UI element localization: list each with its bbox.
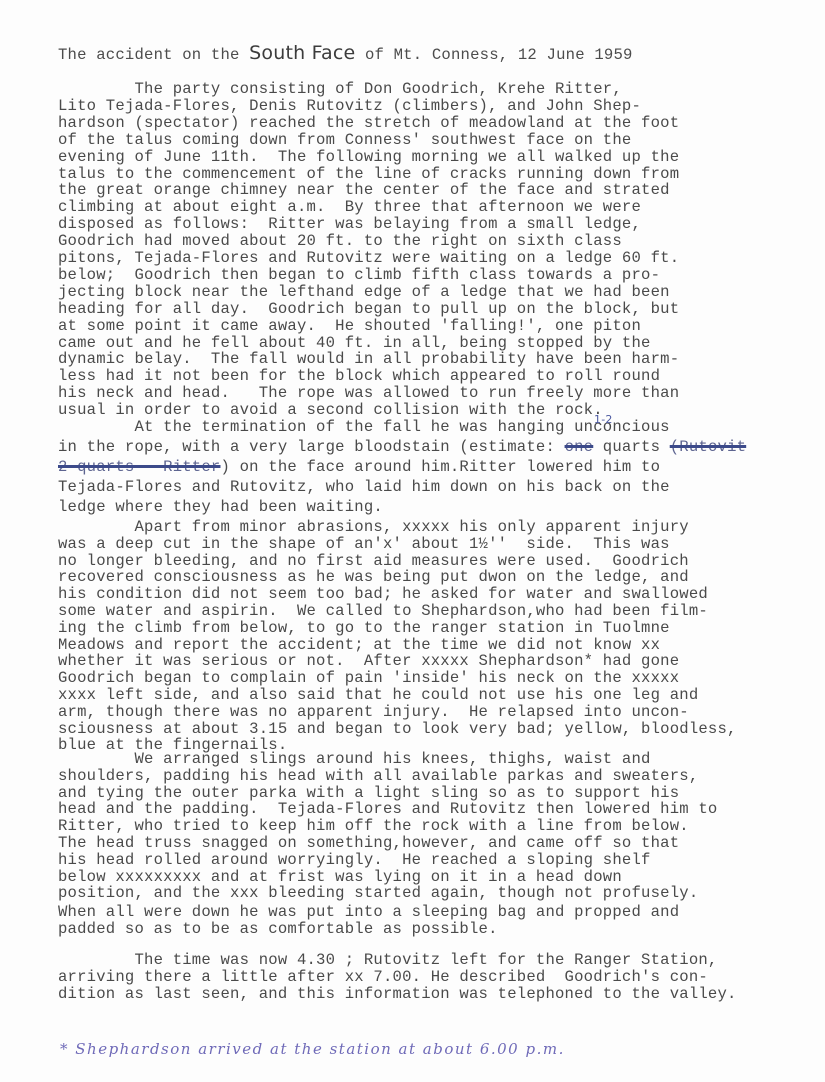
- paragraph1-line: Goodrich had moved about 20 ft. to the r…: [58, 234, 622, 250]
- paragraph4-line: We arranged slings around his knees, thi…: [58, 752, 651, 768]
- paragraph-2-line: in the rope, with a very large bloodstai…: [58, 440, 746, 456]
- paragraph3-line: sciousness at about 3.15 and began to lo…: [58, 722, 737, 738]
- paragraph-2-line: ledge where they had been waiting.: [58, 500, 383, 516]
- paragraph3-line: no longer bleeding, and no first aid mea…: [58, 554, 689, 570]
- paragraph1-line: usual in order to avoid a second collisi…: [58, 403, 603, 419]
- paragraph4-line: and tying the outer parka with a light s…: [58, 786, 679, 802]
- paragraph4-line: position, and the xxx bleeding started a…: [58, 886, 698, 902]
- text-span: in the rope, with a very large bloodstai…: [58, 438, 565, 456]
- paragraph1-line: below; Goodrich then began to climb fift…: [58, 268, 660, 284]
- paragraph1-line: jecting block near the lefthand edge of …: [58, 285, 670, 301]
- paragraph1-line: the great orange chimney near the center…: [58, 183, 670, 199]
- paragraph3-line: xxxx left side, and also said that he co…: [58, 688, 698, 704]
- paragraph1-line: The party consisting of Don Goodrich, Kr…: [58, 82, 622, 98]
- paragraph1-line: talus to the commencement of the line of…: [58, 167, 679, 183]
- paragraph1-line: came out and he fell about 40 ft. in all…: [58, 336, 651, 352]
- struck-text: one: [565, 438, 594, 456]
- paragraph4-line: The head truss snagged on something,howe…: [58, 836, 679, 852]
- paragraph4-line: head and the padding. Tejada-Flores and …: [58, 802, 718, 818]
- handwritten-insert: 1-2: [594, 413, 613, 426]
- paragraph6-line: dition as last seen, and this informatio…: [58, 987, 737, 1003]
- paragraph3-line: arm, though there was no apparent injury…: [58, 705, 689, 721]
- paragraph3-line: Goodrich began to complain of pain 'insi…: [58, 671, 679, 687]
- title-face: Face: [312, 42, 356, 64]
- paragraph1-line: climbing at about eight a.m. By three th…: [58, 200, 641, 216]
- paragraph3-line: Apart from minor abrasions, xxxxx his on…: [58, 520, 689, 536]
- text-span: ) on the face around him.Ritter lowered …: [220, 458, 660, 476]
- document-title: The accident on the South Face of Mt. Co…: [58, 42, 633, 64]
- paragraph-2-line: 2 quarts - Ritter) on the face around hi…: [58, 460, 660, 476]
- paragraph3-line: Meadows and report the accident; at the …: [58, 638, 660, 654]
- paragraph3-line: recovered consciousness as he was being …: [58, 570, 689, 586]
- paragraph1-line: his neck and head. The rope was allowed …: [58, 386, 679, 402]
- paragraph3-line: some water and aspirin. We called to She…: [58, 604, 708, 620]
- typewritten-page: The accident on the South Face of Mt. Co…: [0, 0, 825, 1082]
- paragraph1-line: hardson (spectator) reached the stretch …: [58, 116, 679, 132]
- struck-text: 2 quarts - Ritter: [58, 458, 220, 476]
- paragraph4-line: Ritter, who tried to keep him off the ro…: [58, 819, 689, 835]
- paragraph4-line: below xxxxxxxxx and at frist was lying o…: [58, 870, 622, 886]
- paragraph3-line: was a deep cut in the shape of an'x' abo…: [58, 537, 670, 553]
- paragraph5-line: When all were down he was put into a sle…: [58, 905, 679, 921]
- paragraph-2-line: At the termination of the fall he was ha…: [58, 420, 670, 436]
- paragraph1-line: evening of June 11th. The following morn…: [58, 150, 679, 166]
- paragraph5-line: padded so as to be as comfortable as pos…: [58, 922, 498, 938]
- paragraph3-line: his condition did not seem too bad; he a…: [58, 587, 708, 603]
- paragraph6-line: The time was now 4.30 ; Rutovitz left fo…: [58, 953, 718, 969]
- paragraph3-line: whether it was serious or not. After xxx…: [58, 654, 679, 670]
- title-suffix: of Mt. Conness, 12 June 1959: [355, 46, 632, 64]
- struck-text: (Rutovit: [670, 438, 746, 456]
- title-south: South: [249, 42, 311, 64]
- paragraph1-line: at some point it came away. He shouted '…: [58, 319, 641, 335]
- title-prefix: The accident on the: [58, 46, 249, 64]
- paragraph-2-line: Tejada-Flores and Rutovitz, who laid him…: [58, 480, 670, 496]
- text-span: quarts: [593, 438, 669, 456]
- paragraph4-line: shoulders, padding his head with all ava…: [58, 769, 698, 785]
- paragraph4-line: his head rolled around worryingly. He re…: [58, 853, 651, 869]
- paragraph1-line: less had it not been for the block which…: [58, 369, 660, 385]
- paragraph1-line: dynamic belay. The fall would in all pro…: [58, 352, 679, 368]
- paragraph1-line: disposed as follows: Ritter was belaying…: [58, 217, 641, 233]
- paragraph1-line: of the talus coming down from Conness' s…: [58, 133, 631, 149]
- paragraph6-line: arriving there a little after xx 7.00. H…: [58, 970, 708, 986]
- paragraph1-line: Lito Tejada-Flores, Denis Rutovitz (clim…: [58, 99, 641, 115]
- handwritten-footnote: * Shephardson arrived at the station at …: [60, 1040, 565, 1058]
- paragraph3-line: ing the climb from below, to go to the r…: [58, 621, 670, 637]
- paragraph1-line: heading for all day. Goodrich began to p…: [58, 302, 679, 318]
- paragraph1-line: pitons, Tejada-Flores and Rutovitz were …: [58, 251, 679, 267]
